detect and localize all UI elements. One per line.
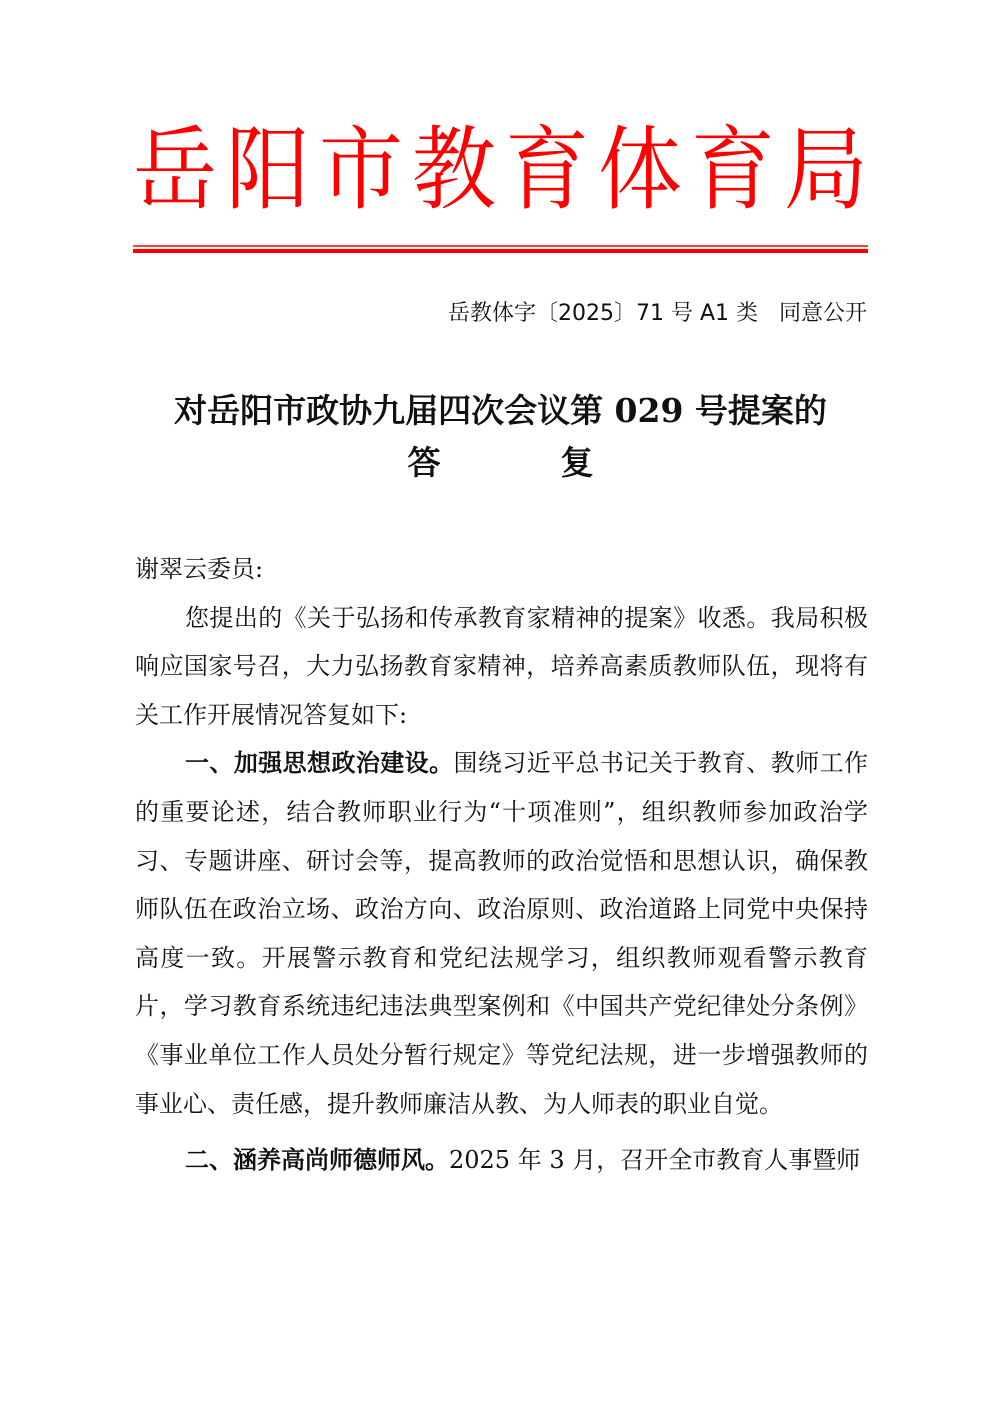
masthead-char: 岳 — [133, 118, 217, 226]
section-paragraph-1: 一、加强思想政治建设。围绕习近平总书记关于教育、教师工作的重要论述，结合教师职业… — [135, 739, 868, 1128]
red-divider-thick — [133, 249, 868, 253]
document-title: 对岳阳市政协九届四次会议第 029 号提案的 — [133, 388, 868, 434]
masthead-char: 市 — [319, 118, 403, 226]
intro-paragraph: 您提出的《关于弘扬和传承教育家精神的提案》收悉。我局积极响应国家号召，大力弘扬教… — [135, 594, 868, 740]
section-heading-1: 一、加强思想政治建设。 — [185, 749, 453, 777]
masthead-char: 阳 — [226, 118, 310, 226]
masthead-char: 体 — [598, 118, 682, 226]
masthead-char: 育 — [691, 118, 775, 226]
masthead-org-name: 岳 阳 市 教 育 体 育 局 — [133, 122, 868, 222]
section-text-2: 2025 年 3 月，召开全市教育人事暨师 — [449, 1146, 860, 1174]
red-divider-thin — [133, 245, 868, 247]
document-page: 岳 阳 市 教 育 体 育 局 岳教体字〔2025〕71 号 A1 类 同意公开… — [0, 0, 1000, 1414]
masthead-char: 局 — [784, 118, 868, 226]
document-title-reply: 答复 — [133, 440, 868, 486]
section-heading-2: 二、涵养高尚师德师风。 — [185, 1146, 449, 1174]
salutation: 谢翠云委员: — [135, 545, 868, 594]
masthead-char: 育 — [505, 118, 589, 226]
section-paragraph-2: 二、涵养高尚师德师风。2025 年 3 月，召开全市教育人事暨师 — [135, 1136, 868, 1185]
title-reply-char-left: 答 — [408, 443, 441, 482]
document-number: 岳教体字〔2025〕71 号 A1 类 同意公开 — [448, 298, 867, 330]
title-reply-char-right: 复 — [561, 443, 594, 482]
section-text-1: 围绕习近平总书记关于教育、教师工作的重要论述，结合教师职业行为“十项准则”，组织… — [135, 749, 868, 1117]
masthead-char: 教 — [412, 118, 496, 226]
document-body: 谢翠云委员: 您提出的《关于弘扬和传承教育家精神的提案》收悉。我局积极响应国家号… — [135, 545, 868, 1185]
